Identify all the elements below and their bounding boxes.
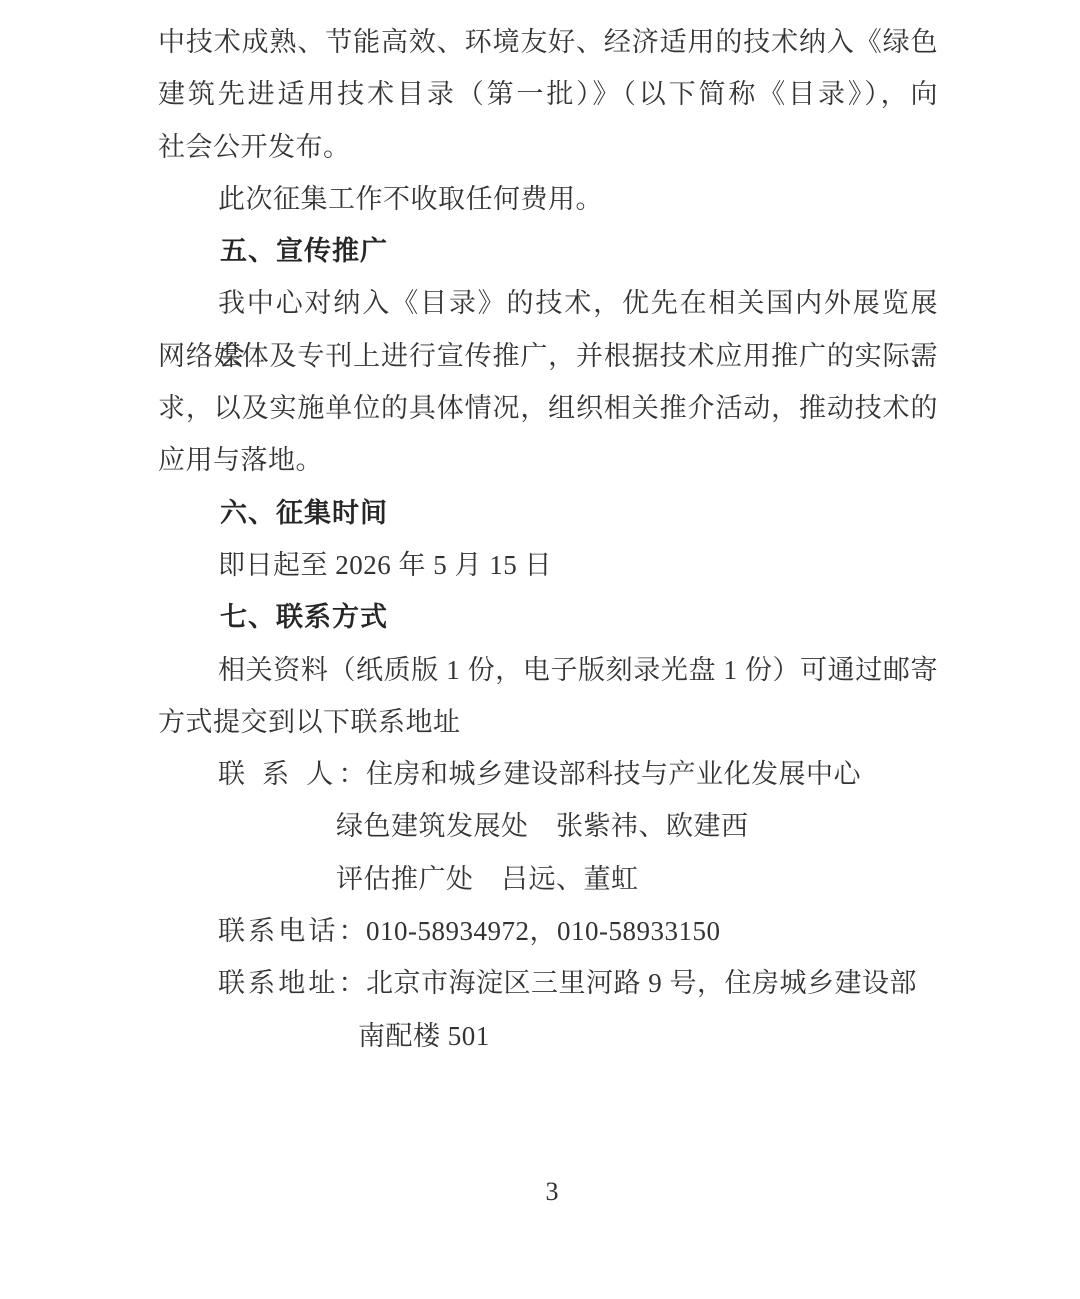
contact-person-label: 联 系 人：: [218, 748, 366, 800]
contact-address-cont-line: 南配楼 501: [158, 1010, 938, 1062]
contact-person-dept-line: 绿色建筑发展处 张紫祎、欧建西: [158, 800, 938, 852]
contact-phone-value: 010-58934972，010-58933150: [366, 916, 720, 946]
contact-address-line: 联系地址：北京市海淀区三里河路 9 号，住房城乡建设部: [158, 957, 938, 1009]
contact-address-value: 北京市海淀区三里河路 9 号，住房城乡建设部: [366, 968, 917, 998]
contact-person-line: 联 系 人：住房和城乡建设部科技与产业化发展中心: [158, 748, 938, 800]
document-line: 社会公开发布。: [158, 121, 938, 173]
document-line: 方式提交到以下联系地址: [158, 696, 938, 748]
document-line: 相关资料（纸质版 1 份，电子版刻录光盘 1 份）可通过邮寄: [158, 644, 938, 696]
document-line: 建筑先进适用技术目录（第一批）》（以下简称《目录》），向: [158, 68, 938, 120]
section-heading-promotion: 五、宣传推广: [158, 225, 938, 277]
contact-person-value: 住房和城乡建设部科技与产业化发展中心: [366, 759, 861, 789]
document-line: 我中心对纳入《目录》的技术，优先在相关国内外展览展会、: [158, 277, 938, 329]
contact-phone-label: 联系电话：: [218, 905, 366, 957]
document-line: 应用与落地。: [158, 434, 938, 486]
document-line: 即日起至 2026 年 5 月 15 日: [158, 539, 938, 591]
contact-person-dept-line: 评估推广处 吕远、董虹: [158, 853, 938, 905]
document-line: 中技术成熟、节能高效、环境友好、经济适用的技术纳入《绿色: [158, 16, 938, 68]
page-number: 3: [12, 1172, 1080, 1212]
document-line: 网络媒体及专刊上进行宣传推广，并根据技术应用推广的实际需: [158, 330, 938, 382]
document-line: 求，以及实施单位的具体情况，组织相关推介活动，推动技术的: [158, 382, 938, 434]
document-line: 此次征集工作不收取任何费用。: [158, 173, 938, 225]
section-heading-contact: 七、联系方式: [158, 591, 938, 643]
section-heading-deadline: 六、征集时间: [158, 487, 938, 539]
contact-address-label: 联系地址：: [218, 957, 366, 1009]
document-content: 中技术成熟、节能高效、环境友好、经济适用的技术纳入《绿色 建筑先进适用技术目录（…: [158, 16, 938, 1062]
document-page: 中技术成熟、节能高效、环境友好、经济适用的技术纳入《绿色 建筑先进适用技术目录（…: [0, 0, 1080, 1299]
contact-phone-line: 联系电话：010-58934972，010-58933150: [158, 905, 938, 957]
